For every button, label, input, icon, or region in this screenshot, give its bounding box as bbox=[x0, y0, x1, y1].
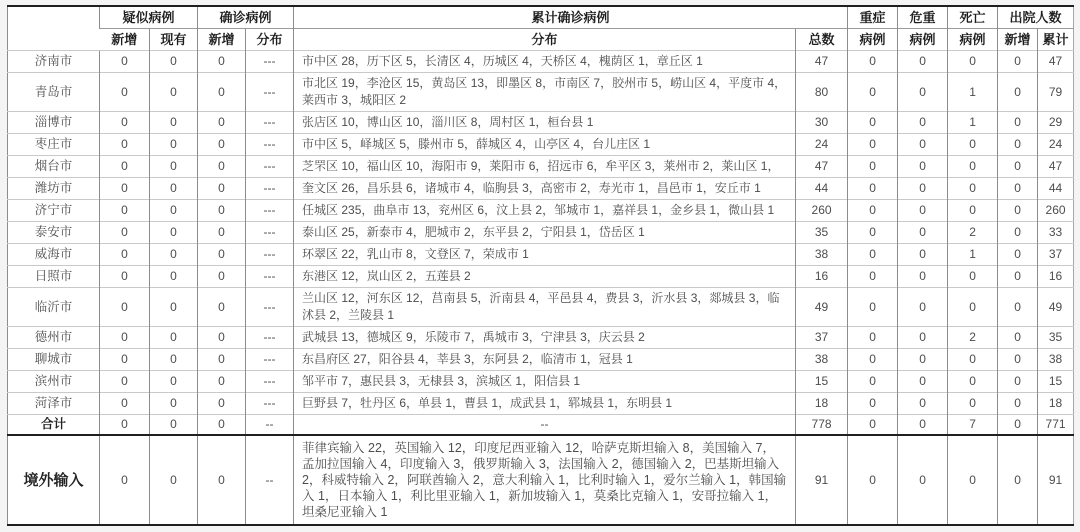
death-cell: 0 bbox=[948, 288, 998, 327]
suspected-existing-cell: 0 bbox=[150, 393, 198, 415]
discharged-new-cell: 0 bbox=[998, 222, 1038, 244]
cumulative-total-cell: 37 bbox=[796, 327, 848, 349]
death-cell: 7 bbox=[948, 415, 998, 436]
suspected-cases-header: 疑似病例 bbox=[100, 6, 198, 29]
cumulative-dist-cell: 兰山区 12，河东区 12，莒南县 5，沂南县 4，平邑县 4，费县 3，沂水县… bbox=[294, 288, 796, 327]
suspected-new-cell: 0 bbox=[100, 178, 150, 200]
critical-cell: 0 bbox=[898, 200, 948, 222]
suspected-new-cell: 0 bbox=[100, 349, 150, 371]
discharged-cum-cell: 38 bbox=[1038, 349, 1074, 371]
cumulative-dist-cell: 芝罘区 10，福山区 10，海阳市 9，莱阳市 6，招远市 6，牟平区 3，莱州… bbox=[294, 156, 796, 178]
suspected-existing-cell: 0 bbox=[150, 51, 198, 73]
death-cases-header-top: 死亡 bbox=[948, 6, 998, 29]
suspected-existing-cell: 0 bbox=[150, 435, 198, 525]
severe-cell: 0 bbox=[848, 371, 898, 393]
suspected-new-cell: 0 bbox=[100, 288, 150, 327]
cumulative-dist-subheader: 分布 bbox=[294, 29, 796, 51]
suspected-new-cell: 0 bbox=[100, 327, 150, 349]
table-row: 德州市000---武城县 13，德城区 9，乐陵市 7，禹城市 3，宁津县 3，… bbox=[8, 327, 1074, 349]
total-row: 合计000----7780070771 bbox=[8, 415, 1074, 436]
suspected-existing-cell: 0 bbox=[150, 222, 198, 244]
suspected-new-cell: 0 bbox=[100, 393, 150, 415]
confirmed-dist-cell: --- bbox=[246, 200, 294, 222]
severe-cell: 0 bbox=[848, 349, 898, 371]
discharged-cum-cell: 24 bbox=[1038, 134, 1074, 156]
table-header: 疑似病例 确诊病例 累计确诊病例 重症 危重 死亡 出院人数 新增 现有 新增 … bbox=[8, 6, 1074, 51]
discharged-new-cell: 0 bbox=[998, 112, 1038, 134]
death-cell: 0 bbox=[948, 178, 998, 200]
cumulative-total-cell: 38 bbox=[796, 349, 848, 371]
suspected-new-cell: 0 bbox=[100, 73, 150, 112]
discharged-new-cell: 0 bbox=[998, 349, 1038, 371]
death-cell: 0 bbox=[948, 349, 998, 371]
table-row: 菏泽市000---巨野县 7，牡丹区 6，单县 1，曹县 1，成武县 1，郓城县… bbox=[8, 393, 1074, 415]
critical-cell: 0 bbox=[898, 288, 948, 327]
critical-cell: 0 bbox=[898, 73, 948, 112]
critical-cell: 0 bbox=[898, 112, 948, 134]
critical-cases-header-top: 危重 bbox=[898, 6, 948, 29]
death-cell: 1 bbox=[948, 73, 998, 112]
suspected-new-cell: 0 bbox=[100, 200, 150, 222]
discharged-new-cell: 0 bbox=[998, 371, 1038, 393]
death-cell: 0 bbox=[948, 435, 998, 525]
discharged-cum-cell: 47 bbox=[1038, 51, 1074, 73]
discharged-cum-cell: 771 bbox=[1038, 415, 1074, 436]
confirmed-new-cell: 0 bbox=[198, 200, 246, 222]
discharged-new-cell: 0 bbox=[998, 51, 1038, 73]
confirmed-dist-cell: --- bbox=[246, 51, 294, 73]
discharged-new-cell: 0 bbox=[998, 415, 1038, 436]
critical-cell: 0 bbox=[898, 178, 948, 200]
cumulative-total-cell: 35 bbox=[796, 222, 848, 244]
cumulative-dist-cell: 市中区 28，历下区 5，长清区 4，历城区 4，天桥区 4，槐荫区 1，章丘区… bbox=[294, 51, 796, 73]
discharged-new-cell: 0 bbox=[998, 244, 1038, 266]
confirmed-new-cell: 0 bbox=[198, 112, 246, 134]
confirmed-dist-cell: --- bbox=[246, 327, 294, 349]
confirmed-new-cell: 0 bbox=[198, 156, 246, 178]
suspected-new-cell: 0 bbox=[100, 222, 150, 244]
table-row: 淄博市000---张店区 10，博山区 10，淄川区 8，周村区 1，桓台县 1… bbox=[8, 112, 1074, 134]
discharged-new-cell: 0 bbox=[998, 134, 1038, 156]
confirmed-dist-cell: --- bbox=[246, 222, 294, 244]
death-cell: 0 bbox=[948, 156, 998, 178]
city-name-cell: 滨州市 bbox=[8, 371, 100, 393]
cumulative-dist-cell: 奎文区 26，昌乐县 6，诸城市 4，临朐县 3，高密市 2，寿光市 1，昌邑市… bbox=[294, 178, 796, 200]
epidemic-statistics-table: 疑似病例 确诊病例 累计确诊病例 重症 危重 死亡 出院人数 新增 现有 新增 … bbox=[7, 5, 1074, 526]
confirmed-new-cell: 0 bbox=[198, 349, 246, 371]
discharged-cum-cell: 18 bbox=[1038, 393, 1074, 415]
table-body: 济南市000---市中区 28，历下区 5，长清区 4，历城区 4，天桥区 4，… bbox=[8, 51, 1074, 526]
severe-cell: 0 bbox=[848, 415, 898, 436]
cumulative-total-cell: 80 bbox=[796, 73, 848, 112]
discharged-new-cell: 0 bbox=[998, 288, 1038, 327]
table-row: 聊城市000---东昌府区 27，阳谷县 4，莘县 3，东阿县 2，临清市 1，… bbox=[8, 349, 1074, 371]
severe-cell: 0 bbox=[848, 288, 898, 327]
confirmed-new-cell: 0 bbox=[198, 288, 246, 327]
discharged-new-cell: 0 bbox=[998, 156, 1038, 178]
death-cell: 0 bbox=[948, 393, 998, 415]
confirmed-new-cell: 0 bbox=[198, 222, 246, 244]
confirmed-new-cell: 0 bbox=[198, 371, 246, 393]
suspected-new-cell: 0 bbox=[100, 156, 150, 178]
cumulative-dist-cell: 泰山区 25，新泰市 4，肥城市 2，东平县 2，宁阳县 1，岱岳区 1 bbox=[294, 222, 796, 244]
cumulative-total-cell: 91 bbox=[796, 435, 848, 525]
discharged-cum-cell: 49 bbox=[1038, 288, 1074, 327]
death-cell: 0 bbox=[948, 51, 998, 73]
confirmed-dist-cell: --- bbox=[246, 134, 294, 156]
suspected-existing-cell: 0 bbox=[150, 244, 198, 266]
severe-cell: 0 bbox=[848, 435, 898, 525]
discharged-header: 出院人数 bbox=[998, 6, 1074, 29]
suspected-new-cell: 0 bbox=[100, 51, 150, 73]
discharged-cum-cell: 44 bbox=[1038, 178, 1074, 200]
suspected-existing-subheader: 现有 bbox=[150, 29, 198, 51]
city-name-cell: 潍坊市 bbox=[8, 178, 100, 200]
discharged-cum-cell: 16 bbox=[1038, 266, 1074, 288]
confirmed-new-cell: 0 bbox=[198, 178, 246, 200]
confirmed-dist-subheader: 分布 bbox=[246, 29, 294, 51]
suspected-existing-cell: 0 bbox=[150, 371, 198, 393]
suspected-new-subheader: 新增 bbox=[100, 29, 150, 51]
death-cases-header-bottom: 病例 bbox=[948, 29, 998, 51]
table-row: 滨州市000---邹平市 7，惠民县 3，无棣县 3，滨城区 1，阳信县 115… bbox=[8, 371, 1074, 393]
cumulative-total-cell: 47 bbox=[796, 156, 848, 178]
cumulative-total-cell: 260 bbox=[796, 200, 848, 222]
suspected-existing-cell: 0 bbox=[150, 73, 198, 112]
city-name-cell: 济宁市 bbox=[8, 200, 100, 222]
cumulative-total-cell: 18 bbox=[796, 393, 848, 415]
severe-cases-header-top: 重症 bbox=[848, 6, 898, 29]
suspected-new-cell: 0 bbox=[100, 435, 150, 525]
cumulative-total-subheader: 总数 bbox=[796, 29, 848, 51]
death-cell: 2 bbox=[948, 222, 998, 244]
critical-cell: 0 bbox=[898, 51, 948, 73]
confirmed-new-subheader: 新增 bbox=[198, 29, 246, 51]
death-cell: 1 bbox=[948, 112, 998, 134]
cumulative-total-cell: 24 bbox=[796, 134, 848, 156]
suspected-existing-cell: 0 bbox=[150, 112, 198, 134]
discharged-new-subheader: 新增 bbox=[998, 29, 1038, 51]
cumulative-total-cell: 778 bbox=[796, 415, 848, 436]
city-name-cell: 淄博市 bbox=[8, 112, 100, 134]
severe-cell: 0 bbox=[848, 51, 898, 73]
table-row: 威海市000---环翠区 22，乳山市 8，文登区 7，荣成市 13800103… bbox=[8, 244, 1074, 266]
discharged-cum-cell: 79 bbox=[1038, 73, 1074, 112]
discharged-cum-subheader: 累计 bbox=[1038, 29, 1074, 51]
confirmed-new-cell: 0 bbox=[198, 327, 246, 349]
severe-cell: 0 bbox=[848, 244, 898, 266]
table-row: 烟台市000---芝罘区 10，福山区 10，海阳市 9，莱阳市 6，招远市 6… bbox=[8, 156, 1074, 178]
confirmed-dist-cell: -- bbox=[246, 415, 294, 436]
confirmed-cases-header: 确诊病例 bbox=[198, 6, 294, 29]
cumulative-dist-cell: 张店区 10，博山区 10，淄川区 8，周村区 1，桓台县 1 bbox=[294, 112, 796, 134]
confirmed-new-cell: 0 bbox=[198, 244, 246, 266]
suspected-existing-cell: 0 bbox=[150, 156, 198, 178]
confirmed-dist-cell: --- bbox=[246, 178, 294, 200]
confirmed-dist-cell: --- bbox=[246, 393, 294, 415]
critical-cell: 0 bbox=[898, 266, 948, 288]
cumulative-dist-cell: 市北区 19，李沧区 15，黄岛区 13，即墨区 8，市南区 7，胶州市 5，崂… bbox=[294, 73, 796, 112]
discharged-cum-cell: 260 bbox=[1038, 200, 1074, 222]
discharged-cum-cell: 91 bbox=[1038, 435, 1074, 525]
severe-cell: 0 bbox=[848, 393, 898, 415]
severe-cell: 0 bbox=[848, 178, 898, 200]
confirmed-dist-cell: --- bbox=[246, 266, 294, 288]
discharged-cum-cell: 15 bbox=[1038, 371, 1074, 393]
suspected-existing-cell: 0 bbox=[150, 178, 198, 200]
cumulative-total-cell: 49 bbox=[796, 288, 848, 327]
city-name-cell: 烟台市 bbox=[8, 156, 100, 178]
cumulative-confirmed-header: 累计确诊病例 bbox=[294, 6, 848, 29]
discharged-new-cell: 0 bbox=[998, 178, 1038, 200]
table-row: 临沂市000---兰山区 12，河东区 12，莒南县 5，沂南县 4，平邑县 4… bbox=[8, 288, 1074, 327]
discharged-new-cell: 0 bbox=[998, 200, 1038, 222]
confirmed-new-cell: 0 bbox=[198, 415, 246, 436]
city-name-cell: 境外输入 bbox=[8, 435, 100, 525]
discharged-new-cell: 0 bbox=[998, 327, 1038, 349]
confirmed-new-cell: 0 bbox=[198, 393, 246, 415]
critical-cell: 0 bbox=[898, 327, 948, 349]
death-cell: 2 bbox=[948, 327, 998, 349]
confirmed-new-cell: 0 bbox=[198, 51, 246, 73]
death-cell: 0 bbox=[948, 134, 998, 156]
suspected-existing-cell: 0 bbox=[150, 327, 198, 349]
city-name-cell: 枣庄市 bbox=[8, 134, 100, 156]
critical-cell: 0 bbox=[898, 435, 948, 525]
death-cell: 0 bbox=[948, 266, 998, 288]
table-row: 济南市000---市中区 28，历下区 5，长清区 4，历城区 4，天桥区 4，… bbox=[8, 51, 1074, 73]
page: 疑似病例 确诊病例 累计确诊病例 重症 危重 死亡 出院人数 新增 现有 新增 … bbox=[0, 0, 1080, 532]
city-name-cell: 青岛市 bbox=[8, 73, 100, 112]
discharged-cum-cell: 29 bbox=[1038, 112, 1074, 134]
suspected-new-cell: 0 bbox=[100, 134, 150, 156]
table-row: 枣庄市000---市中区 5，峄城区 5，滕州市 5，薛城区 4，山亭区 4，台… bbox=[8, 134, 1074, 156]
cumulative-total-cell: 30 bbox=[796, 112, 848, 134]
critical-cell: 0 bbox=[898, 222, 948, 244]
confirmed-dist-cell: --- bbox=[246, 244, 294, 266]
city-name-cell: 德州市 bbox=[8, 327, 100, 349]
death-cell: 0 bbox=[948, 371, 998, 393]
confirmed-dist-cell: --- bbox=[246, 371, 294, 393]
cumulative-total-cell: 44 bbox=[796, 178, 848, 200]
suspected-existing-cell: 0 bbox=[150, 266, 198, 288]
city-name-cell: 聊城市 bbox=[8, 349, 100, 371]
cumulative-dist-cell: -- bbox=[294, 415, 796, 436]
discharged-new-cell: 0 bbox=[998, 73, 1038, 112]
cumulative-total-cell: 38 bbox=[796, 244, 848, 266]
severe-cell: 0 bbox=[848, 73, 898, 112]
cumulative-dist-cell: 任城区 235，曲阜市 13，兖州区 6，汶上县 2，邹城市 1，嘉祥县 1，金… bbox=[294, 200, 796, 222]
cumulative-total-cell: 15 bbox=[796, 371, 848, 393]
critical-cell: 0 bbox=[898, 415, 948, 436]
suspected-existing-cell: 0 bbox=[150, 200, 198, 222]
discharged-cum-cell: 35 bbox=[1038, 327, 1074, 349]
city-name-cell: 菏泽市 bbox=[8, 393, 100, 415]
severe-cell: 0 bbox=[848, 222, 898, 244]
critical-cell: 0 bbox=[898, 349, 948, 371]
discharged-cum-cell: 33 bbox=[1038, 222, 1074, 244]
confirmed-dist-cell: --- bbox=[246, 112, 294, 134]
confirmed-new-cell: 0 bbox=[198, 73, 246, 112]
city-name-cell: 合计 bbox=[8, 415, 100, 436]
cumulative-total-cell: 47 bbox=[796, 51, 848, 73]
city-name-cell: 济南市 bbox=[8, 51, 100, 73]
critical-cell: 0 bbox=[898, 156, 948, 178]
city-name-cell: 临沂市 bbox=[8, 288, 100, 327]
suspected-new-cell: 0 bbox=[100, 112, 150, 134]
suspected-existing-cell: 0 bbox=[150, 415, 198, 436]
suspected-existing-cell: 0 bbox=[150, 134, 198, 156]
confirmed-dist-cell: --- bbox=[246, 288, 294, 327]
confirmed-new-cell: 0 bbox=[198, 266, 246, 288]
city-name-cell: 威海市 bbox=[8, 244, 100, 266]
suspected-new-cell: 0 bbox=[100, 415, 150, 436]
table-row: 日照市000---东港区 12，岚山区 2，五莲县 216000016 bbox=[8, 266, 1074, 288]
severe-cell: 0 bbox=[848, 156, 898, 178]
severe-cell: 0 bbox=[848, 134, 898, 156]
confirmed-dist-cell: -- bbox=[246, 435, 294, 525]
severe-cell: 0 bbox=[848, 266, 898, 288]
critical-cell: 0 bbox=[898, 244, 948, 266]
critical-cell: 0 bbox=[898, 134, 948, 156]
critical-cell: 0 bbox=[898, 371, 948, 393]
severe-cell: 0 bbox=[848, 112, 898, 134]
severe-cases-header-bottom: 病例 bbox=[848, 29, 898, 51]
cumulative-dist-cell: 东昌府区 27，阳谷县 4，莘县 3，东阿县 2，临清市 1，冠县 1 bbox=[294, 349, 796, 371]
severe-cell: 0 bbox=[848, 200, 898, 222]
cumulative-dist-cell: 东港区 12，岚山区 2，五莲县 2 bbox=[294, 266, 796, 288]
critical-cases-header-bottom: 病例 bbox=[898, 29, 948, 51]
discharged-cum-cell: 37 bbox=[1038, 244, 1074, 266]
suspected-new-cell: 0 bbox=[100, 371, 150, 393]
severe-cell: 0 bbox=[848, 327, 898, 349]
cumulative-dist-cell: 巨野县 7，牡丹区 6，单县 1，曹县 1，成武县 1，郓城县 1，东明县 1 bbox=[294, 393, 796, 415]
cumulative-dist-cell: 菲律宾输入 22，英国输入 12，印度尼西亚输入 12，哈萨克斯坦输入 8，美国… bbox=[294, 435, 796, 525]
cumulative-dist-cell: 武城县 13，德城区 9，乐陵市 7，禹城市 3，宁津县 3，庆云县 2 bbox=[294, 327, 796, 349]
city-name-cell: 日照市 bbox=[8, 266, 100, 288]
cumulative-dist-cell: 市中区 5，峄城区 5，滕州市 5，薛城区 4，山亭区 4，台儿庄区 1 bbox=[294, 134, 796, 156]
table-row: 潍坊市000---奎文区 26，昌乐县 6，诸城市 4，临朐县 3，高密市 2，… bbox=[8, 178, 1074, 200]
suspected-new-cell: 0 bbox=[100, 266, 150, 288]
suspected-existing-cell: 0 bbox=[150, 288, 198, 327]
discharged-cum-cell: 47 bbox=[1038, 156, 1074, 178]
city-name-cell: 泰安市 bbox=[8, 222, 100, 244]
death-cell: 0 bbox=[948, 200, 998, 222]
suspected-existing-cell: 0 bbox=[150, 349, 198, 371]
cumulative-dist-cell: 环翠区 22，乳山市 8，文登区 7，荣成市 1 bbox=[294, 244, 796, 266]
confirmed-dist-cell: --- bbox=[246, 156, 294, 178]
critical-cell: 0 bbox=[898, 393, 948, 415]
table-row: 济宁市000---任城区 235，曲阜市 13，兖州区 6，汶上县 2，邹城市 … bbox=[8, 200, 1074, 222]
confirmed-dist-cell: --- bbox=[246, 349, 294, 371]
imported-row: 境外输入000--菲律宾输入 22，英国输入 12，印度尼西亚输入 12，哈萨克… bbox=[8, 435, 1074, 525]
cumulative-total-cell: 16 bbox=[796, 266, 848, 288]
table-row: 青岛市000---市北区 19，李沧区 15，黄岛区 13，即墨区 8，市南区 … bbox=[8, 73, 1074, 112]
discharged-new-cell: 0 bbox=[998, 435, 1038, 525]
confirmed-new-cell: 0 bbox=[198, 134, 246, 156]
discharged-new-cell: 0 bbox=[998, 266, 1038, 288]
confirmed-new-cell: 0 bbox=[198, 435, 246, 525]
suspected-new-cell: 0 bbox=[100, 244, 150, 266]
death-cell: 1 bbox=[948, 244, 998, 266]
discharged-new-cell: 0 bbox=[998, 393, 1038, 415]
cumulative-dist-cell: 邹平市 7，惠民县 3，无棣县 3，滨城区 1，阳信县 1 bbox=[294, 371, 796, 393]
confirmed-dist-cell: --- bbox=[246, 73, 294, 112]
table-row: 泰安市000---泰山区 25，新泰市 4，肥城市 2，东平县 2，宁阳县 1，… bbox=[8, 222, 1074, 244]
city-column-header bbox=[8, 6, 100, 51]
